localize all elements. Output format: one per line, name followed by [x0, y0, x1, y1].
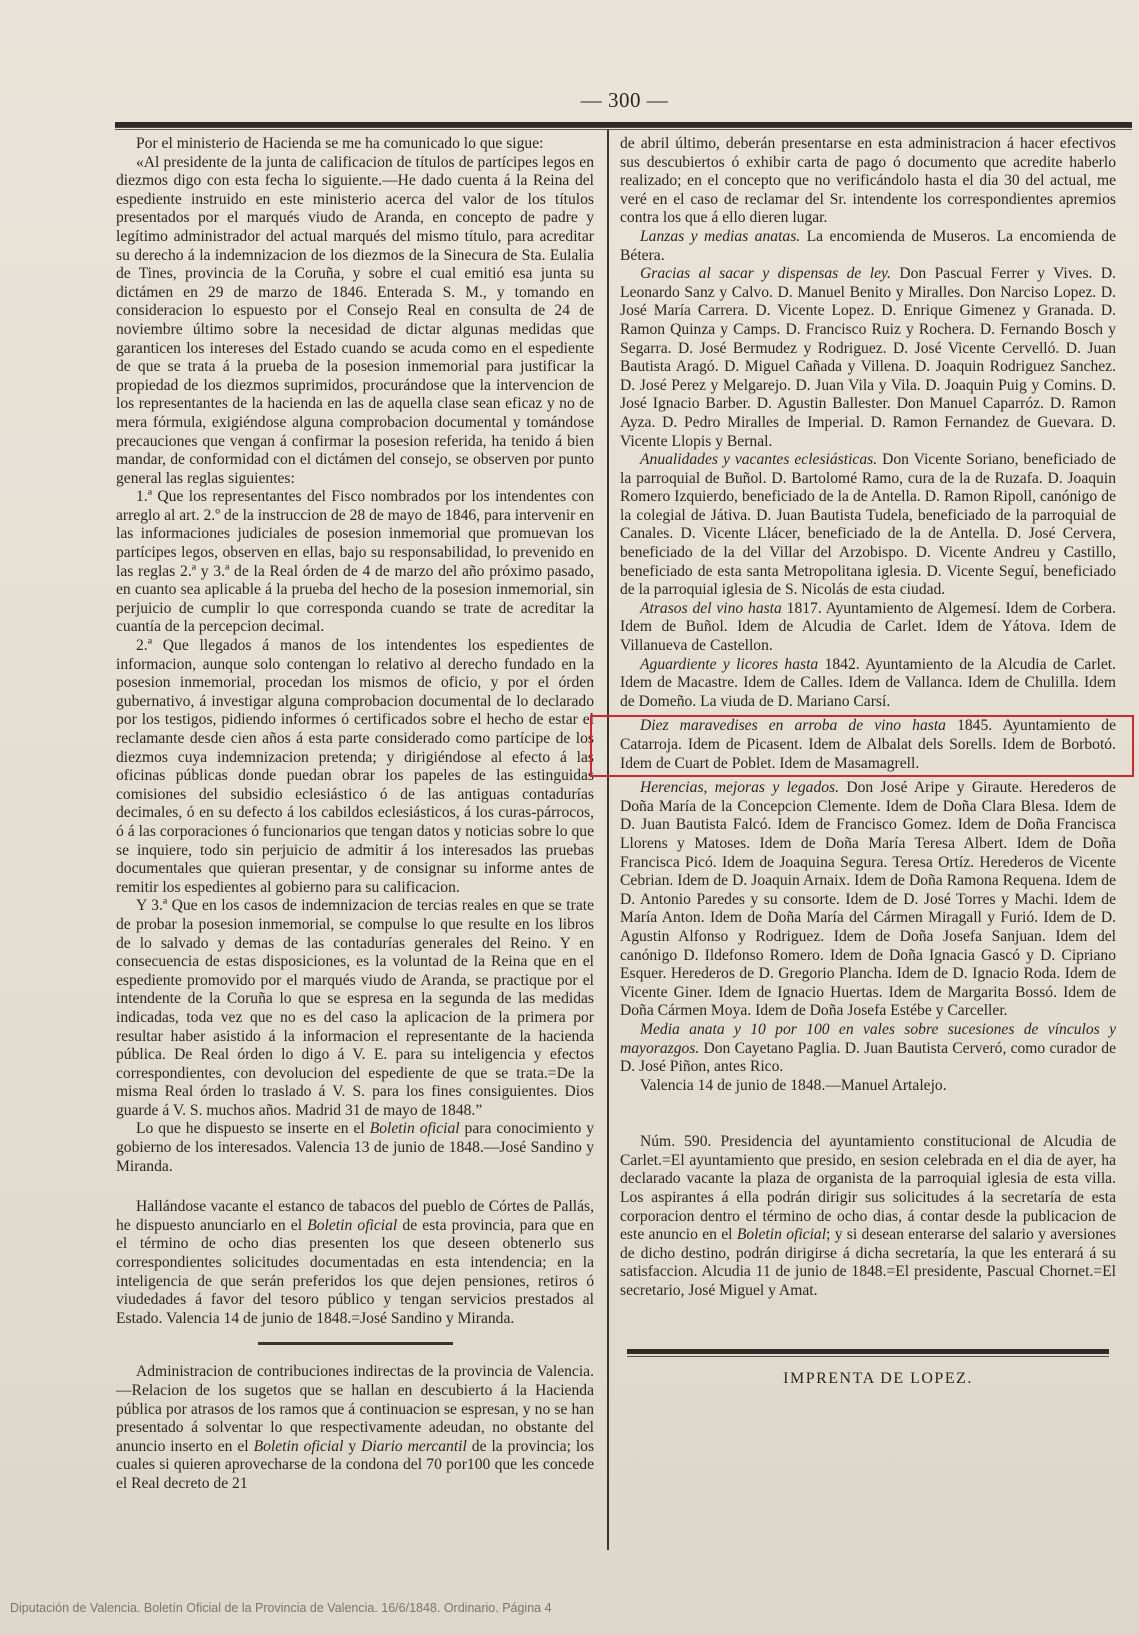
section-rule — [258, 1342, 453, 1345]
column-divider — [607, 130, 609, 1550]
archive-caption: Diputación de Valencia. Boletín Oficial … — [10, 1601, 552, 1615]
debtor-section: Atrasos del vino hasta 1817. Ayuntamient… — [620, 600, 1116, 656]
right-column: de abril último, deberán presentarse en … — [620, 135, 1116, 1388]
page-number: — 300 — — [0, 88, 1139, 113]
organist-notice: Núm. 590. Presidencia del ayuntamiento c… — [620, 1133, 1116, 1300]
debtor-section: Diez maravedises en arroba de vino hasta… — [620, 717, 1116, 773]
debtor-section: Anualidades y vacantes eclesiásticas. Do… — [620, 451, 1116, 600]
debtor-section: Lanzas y medias anatas. La encomienda de… — [620, 228, 1116, 265]
paragraph: Lo que he dispuesto se inserte en el Bol… — [116, 1120, 594, 1176]
paragraph: 2.ª Que llegados á manos de los intenden… — [116, 637, 594, 897]
footer-rule — [627, 1349, 1109, 1354]
debtor-section: Herencias, mejoras y legados. Don José A… — [620, 779, 1116, 1021]
debtor-section: Media anata y 10 por 100 en vales sobre … — [620, 1021, 1116, 1077]
paragraph: Por el ministerio de Hacienda se me ha c… — [116, 135, 594, 154]
debtor-section: Gracias al sacar y dispensas de ley. Don… — [620, 265, 1116, 451]
paragraph: «Al presidente de la junta de calificaci… — [116, 154, 594, 489]
tobacco-notice: Hallándose vacante el estanco de tabacos… — [116, 1198, 594, 1328]
left-column: Por el ministerio de Hacienda se me ha c… — [116, 135, 594, 1494]
contributions-notice: Administracion de contribuciones indirec… — [116, 1363, 594, 1493]
header-rule — [115, 122, 1132, 128]
imprint: IMPRENTA DE LOPEZ. — [620, 1370, 1116, 1389]
signature: Valencia 14 de junio de 1848.—Manuel Art… — [620, 1077, 1116, 1096]
debtor-section: Aguardiente y licores hasta 1842. Ayunta… — [620, 656, 1116, 712]
newspaper-page: — 300 — Por el ministerio de Hacienda se… — [0, 0, 1139, 1635]
paragraph: Y 3.ª Que en los casos de indemnizacion … — [116, 897, 594, 1120]
paragraph: 1.ª Que los representantes del Fisco nom… — [116, 488, 594, 637]
paragraph: de abril último, deberán presentarse en … — [620, 135, 1116, 228]
highlighted-region: Diez maravedises en arroba de vino hasta… — [590, 715, 1134, 777]
